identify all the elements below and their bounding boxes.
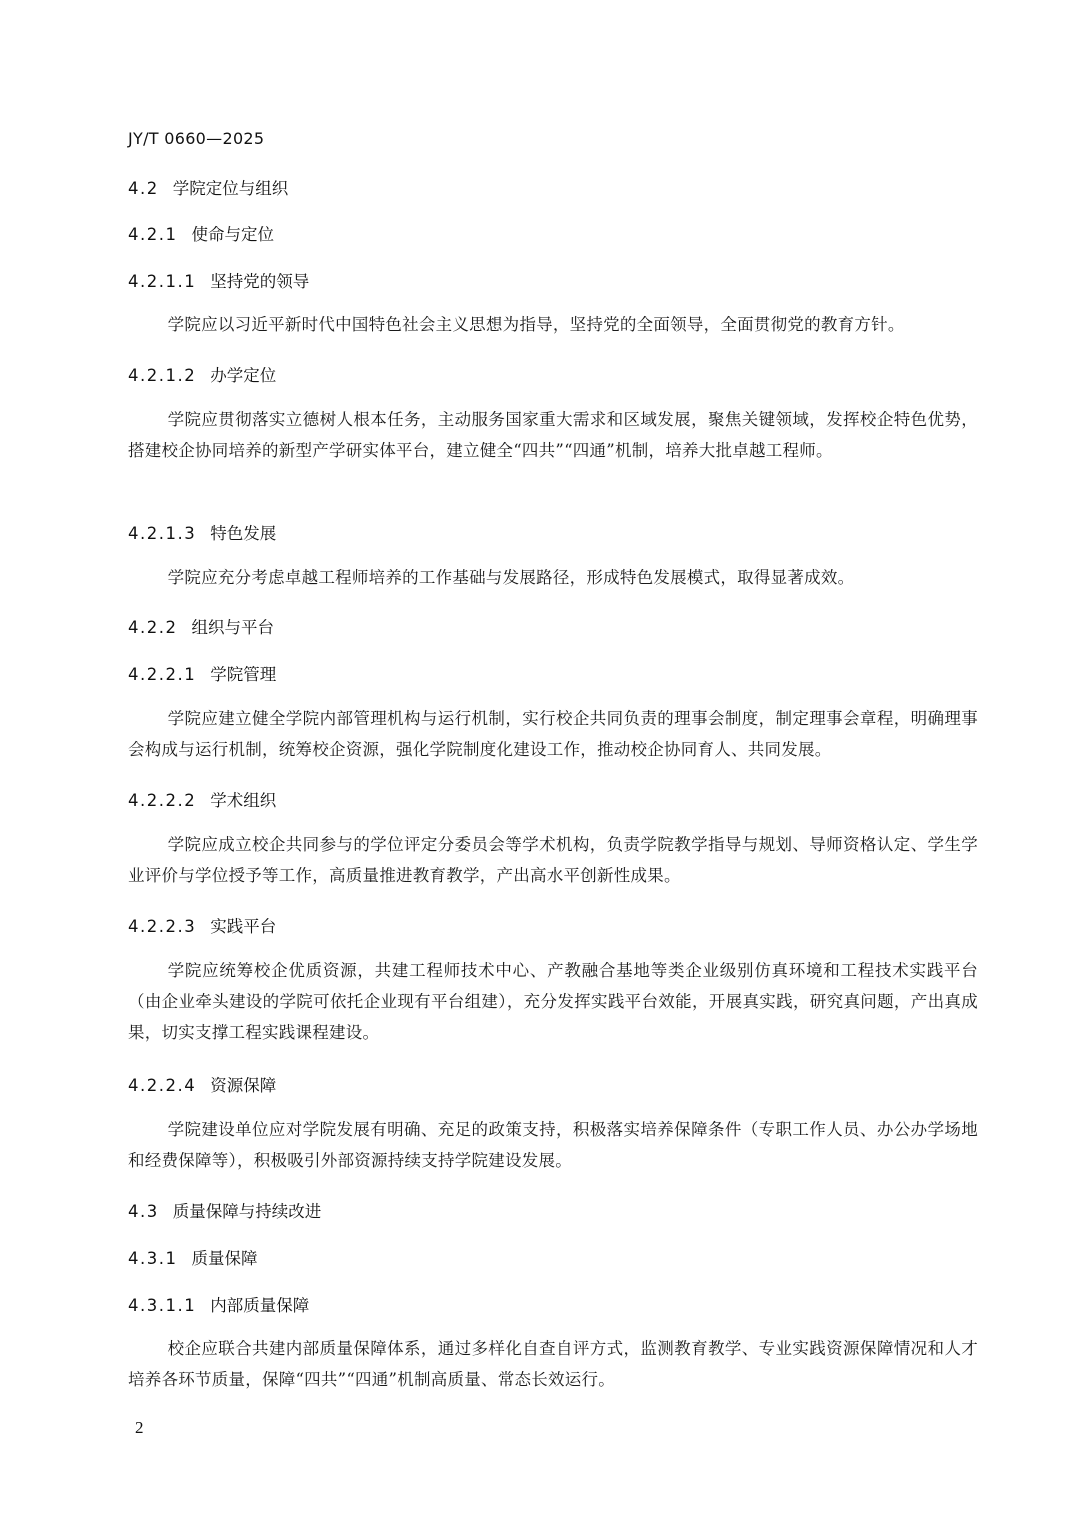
- heading-title: 坚持党的领导: [210, 268, 309, 292]
- paragraph: 校企应联合共建内部质量保障体系，通过多样化自查自评方式，监测教育教学、专业实践资…: [128, 1333, 978, 1395]
- paragraph: 学院应充分考虑卓越工程师培养的工作基础与发展路径，形成特色发展模式，取得显著成效…: [128, 562, 978, 593]
- section-heading-4-3: 4.3质量保障与持续改进: [128, 1198, 321, 1222]
- heading-title: 特色发展: [210, 520, 276, 544]
- heading-title: 实践平台: [210, 913, 276, 937]
- heading-title: 资源保障: [210, 1072, 276, 1096]
- section-heading-4-3-1-1: 4.3.1.1内部质量保障: [128, 1292, 309, 1316]
- heading-title: 学院定位与组织: [173, 175, 289, 199]
- heading-number: 4.2.2.3: [128, 917, 196, 936]
- heading-number: 4.2.1.2: [128, 366, 196, 385]
- section-heading-4-2-2: 4.2.2组织与平台: [128, 614, 274, 638]
- section-heading-4-2-1: 4.2.1使命与定位: [128, 221, 274, 245]
- section-heading-4-2-2-4: 4.2.2.4资源保障: [128, 1072, 276, 1096]
- paragraph: 学院应成立校企共同参与的学位评定分委员会等学术机构，负责学院教学指导与规划、导师…: [128, 829, 978, 891]
- section-heading-4-2: 4.2学院定位与组织: [128, 175, 288, 199]
- section-heading-4-3-1: 4.3.1质量保障: [128, 1245, 257, 1269]
- section-heading-4-2-2-2: 4.2.2.2学术组织: [128, 787, 276, 811]
- page-number: 2: [135, 1418, 144, 1438]
- heading-number: 4.2.2.2: [128, 791, 196, 810]
- heading-title: 使命与定位: [191, 221, 274, 245]
- section-heading-4-2-1-2: 4.2.1.2办学定位: [128, 362, 276, 386]
- paragraph: 学院应建立健全学院内部管理机构与运行机制，实行校企共同负责的理事会制度，制定理事…: [128, 703, 978, 765]
- heading-title: 质量保障: [191, 1245, 257, 1269]
- paragraph: 学院应贯彻落实立德树人根本任务，主动服务国家重大需求和区域发展，聚焦关键领域，发…: [128, 404, 978, 466]
- heading-number: 4.2.1.3: [128, 524, 196, 543]
- heading-title: 办学定位: [210, 362, 276, 386]
- section-heading-4-2-2-1: 4.2.2.1学院管理: [128, 661, 276, 685]
- heading-number: 4.2.1: [128, 225, 177, 244]
- heading-title: 组织与平台: [191, 614, 274, 638]
- heading-title: 学院管理: [210, 661, 276, 685]
- heading-number: 4.2.2.4: [128, 1076, 196, 1095]
- standard-code: JY/T 0660—2025: [128, 129, 264, 148]
- section-heading-4-2-2-3: 4.2.2.3实践平台: [128, 913, 276, 937]
- paragraph: 学院建设单位应对学院发展有明确、充足的政策支持，积极落实培养保障条件（专职工作人…: [128, 1114, 978, 1176]
- section-heading-4-2-1-3: 4.2.1.3特色发展: [128, 520, 276, 544]
- heading-number: 4.3.1: [128, 1249, 177, 1268]
- heading-number: 4.2.2: [128, 618, 177, 637]
- section-heading-4-2-1-1: 4.2.1.1坚持党的领导: [128, 268, 309, 292]
- paragraph: 学院应以习近平新时代中国特色社会主义思想为指导，坚持党的全面领导，全面贯彻党的教…: [128, 309, 978, 340]
- heading-number: 4.3.1.1: [128, 1296, 196, 1315]
- heading-number: 4.3: [128, 1202, 159, 1221]
- heading-number: 4.2.2.1: [128, 665, 196, 684]
- heading-title: 质量保障与持续改进: [173, 1198, 322, 1222]
- heading-title: 内部质量保障: [210, 1292, 309, 1316]
- heading-title: 学术组织: [210, 787, 276, 811]
- heading-number: 4.2: [128, 179, 159, 198]
- heading-number: 4.2.1.1: [128, 272, 196, 291]
- paragraph: 学院应统筹校企优质资源，共建工程师技术中心、产教融合基地等类企业级别仿真环境和工…: [128, 955, 978, 1048]
